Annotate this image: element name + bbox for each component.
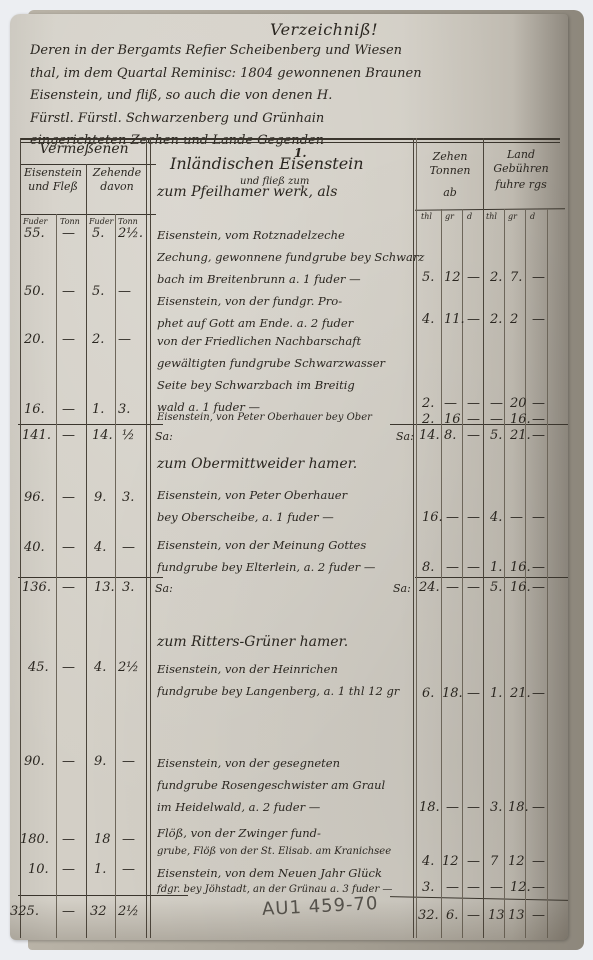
page-bottom-shade <box>10 900 568 940</box>
ledger-page: Verzeichniß! Deren in der Bergamts Refie… <box>10 14 568 940</box>
land-d-value: — <box>532 560 545 575</box>
header-eisenstein-fless: Eisenstein und Fleß <box>22 166 84 194</box>
tonn-value: — <box>62 490 75 505</box>
land-thl-total: 5. <box>490 580 502 595</box>
land-d-value: — <box>532 312 545 327</box>
tonn-value: — <box>62 832 75 847</box>
summa-label: Sa: <box>396 430 414 443</box>
land-d-value: — <box>532 686 545 701</box>
row-description: bach im Breitenbrunn a. 1 fuder — <box>157 272 449 286</box>
fuder-value: 20. <box>24 332 45 347</box>
section-title-rittersgruener: zum Ritters-Grüner hamer. <box>157 634 348 650</box>
row-description: gewältigten fundgrube Schwarzwasser <box>157 356 449 370</box>
d-value: — <box>467 854 480 869</box>
fuder-value: 45. <box>28 660 49 675</box>
intro-line: Deren in der Bergamts Refier Scheibenber… <box>30 40 555 63</box>
row-description: Eisenstein, vom Rotznadelzeche <box>157 228 449 242</box>
zehend-tonn-value: — <box>118 332 131 347</box>
zehend-fuder-value: 5. <box>92 226 104 241</box>
land-thl-value: 1. <box>490 560 502 575</box>
zehend-tonn-value: — <box>122 862 135 877</box>
thl-value: 16. <box>422 510 443 525</box>
land-gr-value: 16. <box>510 412 531 427</box>
fuder-value: 10. <box>28 862 49 877</box>
d-value: — <box>467 800 480 815</box>
summa-label: Sa: <box>155 430 173 443</box>
thl-value: 4. <box>422 854 434 869</box>
d-total: — <box>467 428 480 443</box>
land-gr-value: 7. <box>510 270 522 285</box>
zehend-tonn-value: — <box>122 832 135 847</box>
d-value: — <box>467 270 480 285</box>
header-vermessenen: Vermeßenen <box>22 142 146 156</box>
fuder-value: 90. <box>24 754 45 769</box>
land-d-value: — <box>532 412 545 427</box>
zehend-tonn-value: — <box>122 754 135 769</box>
summa-label: Sa: <box>155 582 173 595</box>
unit-d: d <box>467 212 472 221</box>
row-description: von der Friedlichen Nachbarschaft <box>157 334 449 348</box>
unit-d: d <box>530 212 535 221</box>
unit-thl: thl <box>486 212 497 221</box>
fuder-value: 180. <box>20 832 49 847</box>
d-value: — <box>467 396 480 411</box>
unit-fuder: Fuder <box>89 217 113 226</box>
land-thl-value: 4. <box>490 510 502 525</box>
gr-value: 12 <box>442 854 459 869</box>
land-gr-value: 16. <box>510 560 531 575</box>
land-thl-value: 1. <box>490 686 502 701</box>
thl-value: 8. <box>422 560 434 575</box>
row-description: Eisenstein, von Peter Oberhauer bey Ober <box>157 412 449 423</box>
gr-value: 18. <box>442 686 463 701</box>
land-gr-total: 16. <box>510 580 531 595</box>
land-d-total: — <box>532 580 545 595</box>
thl-value: 18. <box>419 800 440 815</box>
thl-value: 4. <box>422 312 434 327</box>
land-d-value: — <box>532 800 545 815</box>
thl-value: 6. <box>422 686 434 701</box>
land-d-value: — <box>532 510 545 525</box>
header-zehende: Zehende davon <box>88 166 146 194</box>
row-description: im Heidelwald, a. 2 fuder — <box>157 800 449 814</box>
land-thl-value: — <box>490 396 503 411</box>
unit-gr: gr <box>508 212 517 221</box>
summa-label: Sa: <box>393 582 411 595</box>
unit-tonn: Tonn <box>118 217 138 226</box>
land-gr-value: 20 <box>510 396 527 411</box>
header-zehen-tonnen: Zehen Tonnen <box>418 150 482 178</box>
land-thl-value: 3. <box>490 800 502 815</box>
land-gr-value: 2 <box>510 312 518 327</box>
unit-tonn: Tonn <box>60 217 80 226</box>
gr-value: — <box>446 510 459 525</box>
zehend-tonn-value: 3. <box>122 490 134 505</box>
land-thl-total: 5. <box>490 428 502 443</box>
fuder-value: 55. <box>24 226 45 241</box>
land-thl-value: — <box>490 412 503 427</box>
land-thl-value: 2. <box>490 270 502 285</box>
unit-gr: gr <box>445 212 454 221</box>
unit-fuder: Fuder <box>23 217 47 226</box>
land-d-value: — <box>532 880 545 895</box>
thl-value: 2. <box>422 396 434 411</box>
d-value: — <box>467 412 480 427</box>
row-description: Eisenstein, von Peter Oberhauer <box>157 488 449 502</box>
zehend-tonn-value: 3. <box>118 402 130 417</box>
intro-line: Eisenstein, und fliß, so auch die von de… <box>30 85 555 108</box>
fuder-value: 50. <box>24 284 45 299</box>
gr-value: — <box>446 560 459 575</box>
intro-paragraph: Deren in der Bergamts Refier Scheibenber… <box>30 40 555 153</box>
land-d-total: — <box>532 428 545 443</box>
zehend-fuder-value: 5. <box>92 284 104 299</box>
zehend-tonn-value: 2½. <box>118 226 143 241</box>
land-gr-value: 21. <box>510 686 531 701</box>
d-value: — <box>467 560 480 575</box>
zehend-fuder-value: 9. <box>94 490 106 505</box>
land-gr-value: — <box>510 510 523 525</box>
row-description: Eisenstein, von der Meinung Gottes <box>157 538 449 552</box>
land-d-value: — <box>532 854 545 869</box>
fuder-total: 136. <box>22 580 51 595</box>
gr-total: 8. <box>444 428 456 443</box>
row-description: fundgrube bey Langenberg, a. 1 thl 12 gr <box>157 684 449 698</box>
header-land-gebuehren: Land Gebühren <box>486 148 556 176</box>
row-description: fundgrube bey Elterlein, a. 2 fuder — <box>157 560 449 574</box>
d-value: — <box>467 312 480 327</box>
gr-value: — <box>444 396 457 411</box>
row-description: Eisenstein, von der fundgr. Pro- <box>157 294 449 308</box>
zehend-tonn-total: ½ <box>122 428 135 443</box>
zehend-tonn-value: — <box>118 284 131 299</box>
thl-total: 24. <box>419 580 440 595</box>
thl-total: 14. <box>419 428 440 443</box>
gr-value: 12 <box>444 270 461 285</box>
land-gr-value: 12 <box>508 854 525 869</box>
section-title-obermittweider: zum Obermittweider hamer. <box>157 456 357 472</box>
fuder-value: 40. <box>24 540 45 555</box>
zehend-tonn-value: 2½ <box>118 660 139 675</box>
tonn-value: — <box>62 754 75 769</box>
zehend-fuder-value: 4. <box>94 540 106 555</box>
row-description: Eisenstein, von der gesegneten <box>157 756 449 770</box>
thl-value: 2. <box>422 412 434 427</box>
d-value: — <box>467 880 480 895</box>
zehend-fuder-value: 2. <box>92 332 104 347</box>
intro-line: Fürstl. Fürstl. Schwarzenberg und Grünha… <box>30 108 555 131</box>
tonn-total: — <box>62 580 75 595</box>
land-d-value: — <box>532 270 545 285</box>
row-description: bey Oberscheibe, a. 1 fuder — <box>157 510 449 524</box>
intro-line: thal, im dem Quartal Reminisc: 1804 gewo… <box>30 63 555 86</box>
d-total: — <box>467 580 480 595</box>
zehend-tonn-total: 3. <box>122 580 134 595</box>
zehend-fuder-total: 13. <box>94 580 115 595</box>
land-gr-total: 21. <box>510 428 531 443</box>
tonn-value: — <box>62 660 75 675</box>
row-description: fdgr. bey Jöhstadt, an der Grünau a. 3 f… <box>157 884 449 895</box>
document-title: Verzeichniß! <box>270 20 378 39</box>
gr-value: — <box>446 800 459 815</box>
row-description: Eisenstein, von der Heinrichen <box>157 662 449 676</box>
row-description: fundgrube Rosengeschwister am Graul <box>157 778 449 792</box>
row-description: Zechung, gewonnene fundgrube bey Schwarz <box>157 250 449 264</box>
d-value: — <box>467 510 480 525</box>
land-thl-value: 7 <box>490 854 498 869</box>
tonn-value: — <box>62 402 75 417</box>
thl-value: 3. <box>422 880 434 895</box>
gr-total: — <box>446 580 459 595</box>
row-description: phet auf Gott am Ende. a. 2 fuder <box>157 316 449 330</box>
gr-value: 11. <box>444 312 465 327</box>
tonn-total: — <box>62 428 75 443</box>
section-title-pfeilhamer: zum Pfeilhamer werk, als <box>157 184 337 200</box>
tonn-value: — <box>62 540 75 555</box>
fuder-value: 96. <box>24 490 45 505</box>
gr-value: 16 <box>444 412 461 427</box>
header-ab: ab <box>418 186 482 200</box>
thl-value: 5. <box>422 270 434 285</box>
zehend-fuder-value: 1. <box>94 862 106 877</box>
zehend-fuder-value: 1. <box>92 402 104 417</box>
land-thl-value: 2. <box>490 312 502 327</box>
fuder-value: 16. <box>24 402 45 417</box>
zehend-fuder-value: 4. <box>94 660 106 675</box>
land-d-value: — <box>532 396 545 411</box>
row-description: Flöß, von der Zwinger fund- <box>157 826 449 840</box>
header-inlaendischen: Inländischen Eisenstein <box>170 154 364 173</box>
tonn-value: — <box>62 332 75 347</box>
gr-value: — <box>446 880 459 895</box>
land-gr-value: 18. <box>508 800 529 815</box>
fuder-total: 141. <box>22 428 51 443</box>
d-value: — <box>467 686 480 701</box>
header-fuhre: fuhre rgs <box>486 178 556 192</box>
tonn-value: — <box>62 284 75 299</box>
zehend-fuder-total: 14. <box>92 428 113 443</box>
land-thl-value: — <box>490 880 503 895</box>
zehend-fuder-value: 9. <box>94 754 106 769</box>
tonn-value: — <box>62 862 75 877</box>
tonn-value: — <box>62 226 75 241</box>
land-gr-value: 12. <box>510 880 531 895</box>
zehend-fuder-value: 18 <box>94 832 111 847</box>
unit-thl: thl <box>421 212 432 221</box>
row-description: grube, Flöß von der St. Elisab. am Krani… <box>157 846 449 857</box>
zehend-tonn-value: — <box>122 540 135 555</box>
row-description: Seite bey Schwarzbach im Breitig <box>157 378 449 392</box>
row-description: Eisenstein, von dem Neuen Jahr Glück <box>157 866 449 880</box>
